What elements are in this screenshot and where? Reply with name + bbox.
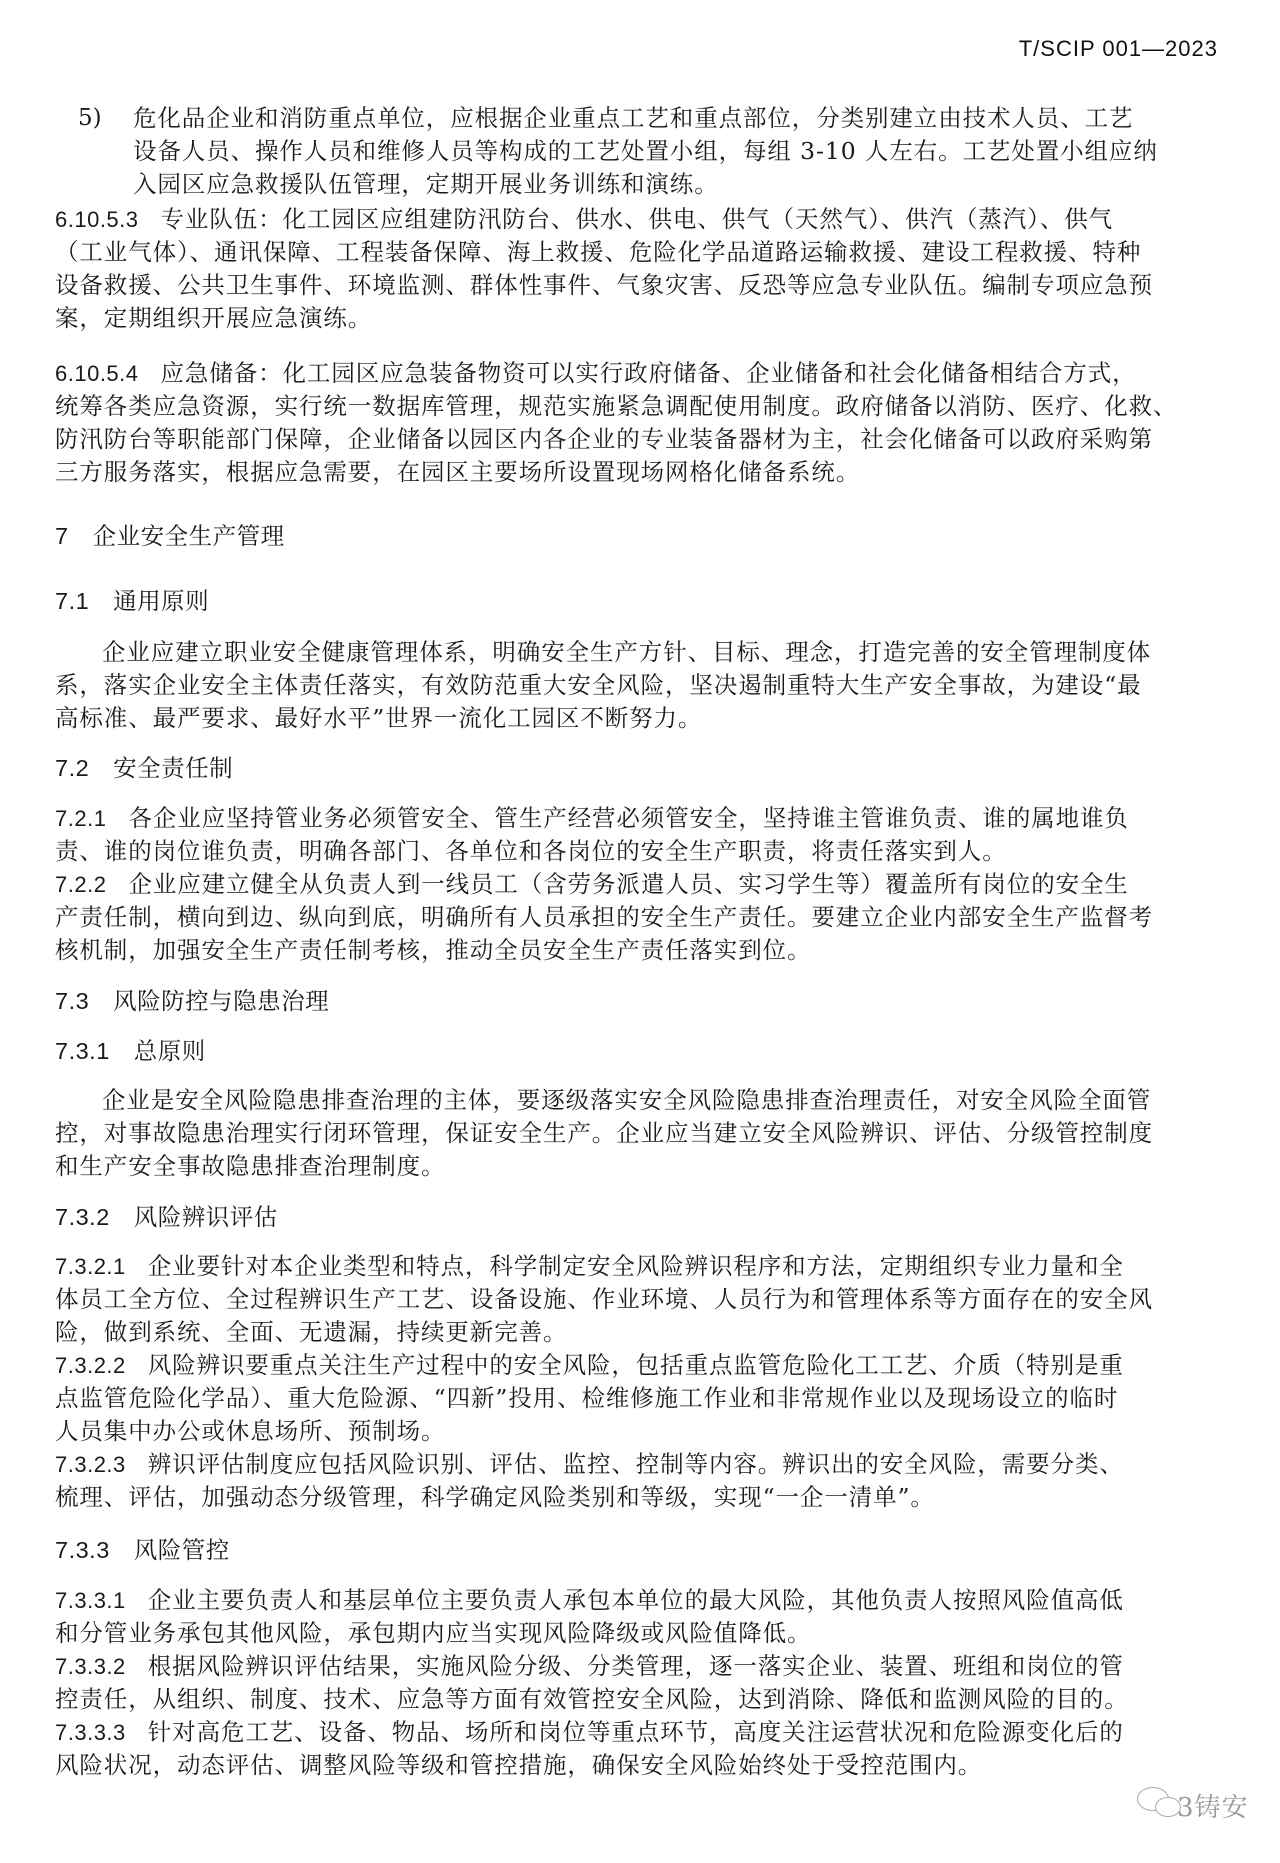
paragraph-line: 高标准、最严要求、最好水平”世界一流化工园区不断努力。 bbox=[55, 702, 1220, 735]
clause-line: 核机制，加强安全生产责任制考核，推动全员安全生产责任落实到位。 bbox=[55, 934, 1220, 967]
clause-number: 7.3.3.3 bbox=[55, 1720, 126, 1745]
clause-text: 应急储备：化工园区应急装备物资可以实行政府储备、企业储备和社会化储备相结合方式， bbox=[161, 359, 1137, 387]
clause-number: 6.10.5.3 bbox=[55, 207, 139, 232]
clause-6-10-5-4: 6.10.5.4应急储备：化工园区应急装备物资可以实行政府储备、企业储备和社会化… bbox=[55, 357, 1220, 390]
clause-line: （工业气体）、通讯保障、工程装备保障、海上救援、危险化学品道路运输救援、建设工程… bbox=[55, 236, 1220, 269]
clause-text: 各企业应坚持管业务必须管安全、管生产经营必须管安全，坚持谁主管谁负责、谁的属地谁… bbox=[128, 804, 1128, 832]
clause-line: 案，定期组织开展应急演练。 bbox=[55, 302, 1220, 335]
clause-text: 企业要针对本企业类型和特点，科学制定安全风险辨识程序和方法，定期组织专业力量和全 bbox=[148, 1252, 1124, 1280]
clause-line: 统筹各类应急资源，实行统一数据库管理，规范实施紧急调配使用制度。政府储备以消防、… bbox=[55, 390, 1220, 423]
section-heading-7-3-3: 7.3.3风险管控 bbox=[55, 1534, 230, 1567]
clause-line: 责、谁的岗位谁负责，明确各部门、各单位和各岗位的安全生产职责，将责任落实到人。 bbox=[55, 835, 1220, 868]
heading-title: 风险管控 bbox=[134, 1536, 230, 1564]
section-heading-7-3-2: 7.3.2风险辨识评估 bbox=[55, 1201, 278, 1234]
clause-7-2-1: 7.2.1各企业应坚持管业务必须管安全、管生产经营必须管安全，坚持谁主管谁负责、… bbox=[55, 802, 1220, 835]
document-page: T/SCIP 001—2023 5) 危化品企业和消防重点单位，应根据企业重点工… bbox=[0, 0, 1280, 1863]
clause-text: 针对高危工艺、设备、物品、场所和岗位等重点环节，高度关注运营状况和危险源变化后的 bbox=[148, 1718, 1124, 1746]
paragraph-line: 企业应建立职业安全健康管理体系，明确安全生产方针、目标、理念，打造完善的安全管理… bbox=[55, 636, 1220, 669]
heading-title: 通用原则 bbox=[113, 587, 209, 615]
clause-line: 控责任，从组织、制度、技术、应急等方面有效管控安全风险，达到消除、降低和监测风险… bbox=[55, 1683, 1220, 1716]
heading-title: 风险防控与隐患治理 bbox=[113, 987, 329, 1015]
clause-7-3-3-3: 7.3.3.3针对高危工艺、设备、物品、场所和岗位等重点环节，高度关注运营状况和… bbox=[55, 1716, 1220, 1749]
watermark-text: 3铸安 bbox=[1177, 1787, 1249, 1824]
clause-number: 7.3.2.2 bbox=[55, 1353, 126, 1378]
clause-text: 风险辨识要重点关注生产过程中的安全风险，包括重点监管危险化工工艺、介质（特别是重 bbox=[148, 1351, 1124, 1379]
clause-number: 7.2.1 bbox=[55, 806, 106, 831]
watermark: 3铸安 bbox=[1135, 1785, 1275, 1825]
heading-number: 7 bbox=[55, 523, 69, 549]
clause-line: 设备救援、公共卫生事件、环境监测、群体性事件、气象灾害、反恐等应急专业队伍。编制… bbox=[55, 269, 1220, 302]
heading-title: 企业安全生产管理 bbox=[93, 522, 285, 550]
document-code: T/SCIP 001—2023 bbox=[1019, 36, 1218, 62]
list-number: 5) bbox=[78, 102, 102, 135]
clause-7-3-3-2: 7.3.3.2根据风险辨识评估结果，实施风险分级、分类管理，逐一落实企业、装置、… bbox=[55, 1650, 1220, 1683]
clause-text: 企业应建立健全从负责人到一线员工（含劳务派遣人员、实习学生等）覆盖所有岗位的安全… bbox=[128, 870, 1128, 898]
heading-title: 安全责任制 bbox=[113, 754, 233, 782]
list-item-line: 设备人员、操作人员和维修人员等构成的工艺处置小组，每组 3-10 人左右。工艺处… bbox=[133, 135, 1220, 168]
paragraph-line: 和生产安全事故隐患排查治理制度。 bbox=[55, 1150, 1220, 1183]
clause-number: 7.3.3.2 bbox=[55, 1654, 126, 1679]
clause-line: 和分管业务承包其他风险，承包期内应当实现风险降级或风险值降低。 bbox=[55, 1617, 1220, 1650]
heading-number: 7.3.2 bbox=[55, 1204, 110, 1230]
heading-number: 7.1 bbox=[55, 588, 89, 614]
paragraph-line: 企业是安全风险隐患排查治理的主体，要逐级落实安全风险隐患排查治理责任，对安全风险… bbox=[55, 1084, 1220, 1117]
clause-6-10-5-3: 6.10.5.3专业队伍：化工园区应组建防汛防台、供水、供电、供气（天然气）、供… bbox=[55, 203, 1220, 236]
paragraph-line: 系，落实企业安全主体责任落实，有效防范重大安全风险，坚决遏制重特大生产安全事故，… bbox=[55, 669, 1220, 702]
clause-7-3-2-3: 7.3.2.3辨识评估制度应包括风险识别、评估、监控、控制等内容。辨识出的安全风… bbox=[55, 1448, 1220, 1481]
clause-text: 辨识评估制度应包括风险识别、评估、监控、控制等内容。辨识出的安全风险，需要分类、 bbox=[148, 1450, 1124, 1478]
clause-line: 人员集中办公或休息场所、预制场。 bbox=[55, 1415, 1220, 1448]
section-heading-7-3: 7.3风险防控与隐患治理 bbox=[55, 985, 329, 1018]
clause-text: 根据风险辨识评估结果，实施风险分级、分类管理，逐一落实企业、装置、班组和岗位的管 bbox=[148, 1652, 1124, 1680]
clause-line: 风险状况，动态评估、调整风险等级和管控措施，确保安全风险始终处于受控范围内。 bbox=[55, 1749, 1220, 1782]
clause-number: 7.3.3.1 bbox=[55, 1588, 126, 1613]
section-heading-7-2: 7.2安全责任制 bbox=[55, 752, 233, 785]
section-heading-7: 7企业安全生产管理 bbox=[55, 520, 285, 553]
section-heading-7-3-1: 7.3.1总原则 bbox=[55, 1035, 206, 1068]
clause-7-2-2: 7.2.2企业应建立健全从负责人到一线员工（含劳务派遣人员、实习学生等）覆盖所有… bbox=[55, 868, 1220, 901]
clause-7-3-2-1: 7.3.2.1企业要针对本企业类型和特点，科学制定安全风险辨识程序和方法，定期组… bbox=[55, 1250, 1220, 1283]
clause-number: 7.3.2.3 bbox=[55, 1452, 126, 1477]
heading-number: 7.3.1 bbox=[55, 1038, 110, 1064]
clause-line: 点监管危险化学品）、重大危险源、“四新”投用、检维修施工作业和非常规作业以及现场… bbox=[55, 1382, 1220, 1415]
heading-number: 7.3.3 bbox=[55, 1537, 110, 1563]
clause-line: 体员工全方位、全过程辨识生产工艺、设备设施、作业环境、人员行为和管理体系等方面存… bbox=[55, 1283, 1220, 1316]
clause-line: 产责任制，横向到边、纵向到底，明确所有人员承担的安全生产责任。要建立企业内部安全… bbox=[55, 901, 1220, 934]
clause-number: 6.10.5.4 bbox=[55, 361, 139, 386]
heading-title: 风险辨识评估 bbox=[134, 1203, 278, 1231]
clause-line: 梳理、评估，加强动态分级管理，科学确定风险类别和等级，实现“一企一清单”。 bbox=[55, 1481, 1220, 1514]
heading-title: 总原则 bbox=[134, 1037, 206, 1065]
heading-number: 7.3 bbox=[55, 988, 89, 1014]
clause-line: 险，做到系统、全面、无遗漏，持续更新完善。 bbox=[55, 1316, 1220, 1349]
list-item-line: 入园区应急救援队伍管理，定期开展业务训练和演练。 bbox=[133, 168, 1220, 201]
clause-7-3-2-2: 7.3.2.2风险辨识要重点关注生产过程中的安全风险，包括重点监管危险化工工艺、… bbox=[55, 1349, 1220, 1382]
clause-line: 三方服务落实，根据应急需要，在园区主要场所设置现场网格化储备系统。 bbox=[55, 456, 1220, 489]
section-heading-7-1: 7.1通用原则 bbox=[55, 585, 209, 618]
clause-line: 防汛防台等职能部门保障，企业储备以园区内各企业的专业装备器材为主，社会化储备可以… bbox=[55, 423, 1220, 456]
clause-number: 7.3.2.1 bbox=[55, 1254, 126, 1279]
clause-text: 企业主要负责人和基层单位主要负责人承包本单位的最大风险，其他负责人按照风险值高低 bbox=[148, 1586, 1124, 1614]
heading-number: 7.2 bbox=[55, 755, 89, 781]
list-item-line: 危化品企业和消防重点单位，应根据企业重点工艺和重点部位，分类别建立由技术人员、工… bbox=[133, 102, 1220, 135]
clause-number: 7.2.2 bbox=[55, 872, 106, 897]
paragraph-line: 控，对事故隐患治理实行闭环管理，保证安全生产。企业应当建立安全风险辨识、评估、分… bbox=[55, 1117, 1220, 1150]
clause-text: 专业队伍：化工园区应组建防汛防台、供水、供电、供气（天然气）、供汽（蒸汽）、供气 bbox=[161, 205, 1114, 233]
clause-7-3-3-1: 7.3.3.1企业主要负责人和基层单位主要负责人承包本单位的最大风险，其他负责人… bbox=[55, 1584, 1220, 1617]
